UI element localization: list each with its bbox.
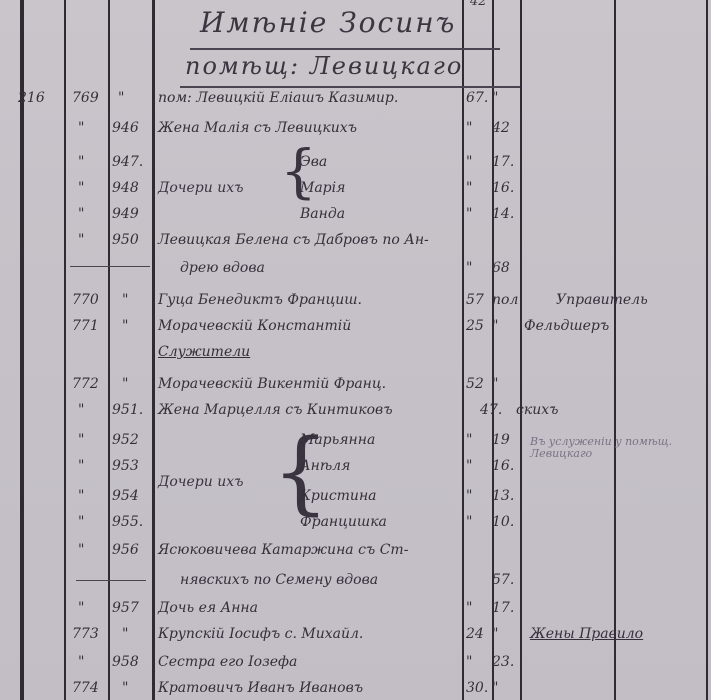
register-row: " 957 Дочь ея Анна " 17.: [0, 600, 711, 622]
male-number: ": [78, 488, 84, 504]
female-number: 958: [112, 654, 139, 670]
female-number: 954: [112, 488, 139, 504]
female-age: 13.: [492, 488, 514, 504]
female-number: ": [122, 626, 128, 642]
female-number: 951.: [112, 402, 143, 418]
family-number: 216: [18, 90, 45, 106]
top-numbers: 42: [470, 0, 487, 9]
male-age: ": [466, 180, 472, 196]
occupation-note: Управитель: [556, 292, 648, 308]
female-age: 14.: [492, 206, 514, 222]
register-row: " 952 Марьянна " 19 Въ услуженіи у помѣщ…: [0, 432, 711, 454]
section-heading-servants: Служители: [158, 344, 250, 360]
estate-heading: Имѣніе Зосинъ: [200, 6, 456, 39]
male-age: 24: [466, 626, 484, 642]
female-age: 16.: [492, 458, 514, 474]
male-number: ": [78, 154, 84, 170]
female-age: 68: [492, 260, 510, 276]
person-name: Ванда: [300, 206, 345, 222]
male-number: ": [78, 514, 84, 530]
male-age: ": [466, 458, 472, 474]
male-age: ": [466, 488, 472, 504]
register-row: 771 " Морачевскій Константій 25 " Фельдш…: [0, 318, 711, 340]
person-name: Марьянна: [300, 432, 375, 448]
female-number: 955.: [112, 514, 143, 530]
male-age: ": [466, 432, 472, 448]
female-number: 947.: [112, 154, 143, 170]
register-row: 216 769 " пом: Левицкій Еліашъ Казимир. …: [0, 90, 711, 112]
male-number: 773: [72, 626, 99, 642]
female-number: ": [118, 90, 124, 106]
register-row: " 947. Эва " 17.: [0, 154, 711, 176]
male-number: ": [78, 232, 84, 248]
female-number: 957: [112, 600, 139, 616]
person-name: Марія: [300, 180, 345, 196]
male-number: 772: [72, 376, 99, 392]
register-row: 772 " Морачевскій Викентій Франц. 52 ": [0, 376, 711, 398]
female-number: 952: [112, 432, 139, 448]
female-age: ": [492, 626, 498, 642]
male-number: 774: [72, 680, 99, 696]
person-name: Морачевскій Викентій Франц.: [158, 376, 386, 392]
register-row: Служители: [0, 344, 711, 366]
male-age: 52: [466, 376, 484, 392]
male-number: ": [78, 180, 84, 196]
female-number: ": [122, 318, 128, 334]
female-number: 950: [112, 232, 139, 248]
person-name: Сестра его Іозефа: [158, 654, 297, 670]
register-row: нявскихъ по Семену вдова 57.: [0, 572, 711, 594]
male-number: ": [78, 206, 84, 222]
person-name: Францишка: [300, 514, 387, 530]
register-row: " 949 Ванда " 14.: [0, 206, 711, 228]
person-name: Гуца Бенедиктъ Франциш.: [158, 292, 362, 308]
male-number: 771: [72, 318, 99, 334]
register-row: " 956 Ясюковичева Катаржина съ Ст-: [0, 542, 711, 564]
female-number: 953: [112, 458, 139, 474]
female-number: 948: [112, 180, 139, 196]
occupation-note: Жены Правило: [530, 626, 643, 642]
male-age: ": [466, 260, 472, 276]
person-name: пом: Левицкій Еліашъ Казимир.: [158, 90, 398, 106]
male-age: ": [466, 654, 472, 670]
female-age: ": [492, 680, 498, 696]
male-age: ": [466, 206, 472, 222]
person-name: Дочь ея Анна: [158, 600, 258, 616]
male-age: ": [466, 514, 472, 530]
female-number: 946: [112, 120, 139, 136]
register-row: " 948 Марія " 16.: [0, 180, 711, 202]
person-name: Морачевскій Константій: [158, 318, 351, 334]
female-number: ": [122, 292, 128, 308]
female-age: 17.: [492, 600, 514, 616]
male-number: ": [78, 402, 84, 418]
register-row: " 951. Жена Марцелля съ Кинтиковъ 47. ск…: [0, 402, 711, 424]
person-name: Эва: [300, 154, 327, 170]
male-number: ": [78, 654, 84, 670]
person-name: Кристина: [300, 488, 377, 504]
register-row: " 953 Анѣля " 16.: [0, 458, 711, 480]
pencil-annotation: Въ услуженіи у помѣщ. Левицкаго: [530, 436, 710, 460]
person-name: Жена Марцелля съ Кинтиковъ: [158, 402, 393, 418]
heading-underline: [190, 48, 500, 50]
female-age: ": [492, 376, 498, 392]
female-age: 16.: [492, 180, 514, 196]
person-name: нявскихъ по Семену вдова: [180, 572, 378, 588]
female-age: 10.: [492, 514, 514, 530]
register-row: " 950 Левицкая Белена съ Дабровъ по Ан-: [0, 232, 711, 254]
person-name: Ясюковичева Катаржина съ Ст-: [158, 542, 408, 558]
female-number: ": [122, 680, 128, 696]
male-age: ": [466, 600, 472, 616]
female-age: ": [492, 90, 498, 106]
register-row: 774 " Кратовичъ Иванъ Ивановъ 30. ": [0, 680, 711, 700]
register-row: " 954 Кристина " 13.: [0, 488, 711, 510]
male-age: 25: [466, 318, 484, 334]
female-number: 956: [112, 542, 139, 558]
male-age: 57: [466, 292, 484, 308]
person-name: Кратовичъ Иванъ Ивановъ: [158, 680, 363, 696]
female-number: 949: [112, 206, 139, 222]
person-name: дрею вдова: [180, 260, 265, 276]
register-row: дрею вдова " 68: [0, 260, 711, 282]
male-age: 67.: [466, 90, 488, 106]
male-number: ": [78, 600, 84, 616]
register-row: 770 " Гуца Бенедиктъ Франциш. 57 пол Упр…: [0, 292, 711, 314]
female-age: 57.: [492, 572, 514, 588]
register-row: " 955. Францишка " 10.: [0, 514, 711, 536]
register-row: " 958 Сестра его Іозефа " 23.: [0, 654, 711, 676]
male-number: ": [78, 120, 84, 136]
person-name: Крупскій Іосифъ с. Михайл.: [158, 626, 363, 642]
subheading-underline: [180, 86, 520, 88]
male-number: 769: [72, 90, 99, 106]
occupation-note: Фельдшеръ: [524, 318, 609, 334]
male-number: ": [78, 542, 84, 558]
female-age: 17.: [492, 154, 514, 170]
male-age: ": [466, 154, 472, 170]
female-age: ": [492, 318, 498, 334]
register-row: " 946 Жена Малія съ Левицкихъ " 42: [0, 120, 711, 142]
female-age: 23.: [492, 654, 514, 670]
male-number: ": [78, 458, 84, 474]
owner-subheading: помѣщ: Левицкаго: [185, 52, 463, 80]
register-row: 773 " Крупскій Іосифъ с. Михайл. 24 " Же…: [0, 626, 711, 648]
female-number: ": [122, 376, 128, 392]
person-name: Левицкая Белена съ Дабровъ по Ан-: [158, 232, 429, 248]
female-age: 47.: [480, 402, 502, 418]
male-age: 30.: [466, 680, 488, 696]
female-age: 42: [492, 120, 510, 136]
person-name: Жена Малія съ Левицкихъ: [158, 120, 357, 136]
female-age: пол: [492, 292, 518, 308]
male-number: ": [78, 432, 84, 448]
male-age: ": [466, 120, 472, 136]
name-continuation: скихъ: [516, 402, 558, 418]
person-name: Анѣля: [300, 458, 350, 474]
female-age: 19: [492, 432, 510, 448]
male-number: 770: [72, 292, 99, 308]
